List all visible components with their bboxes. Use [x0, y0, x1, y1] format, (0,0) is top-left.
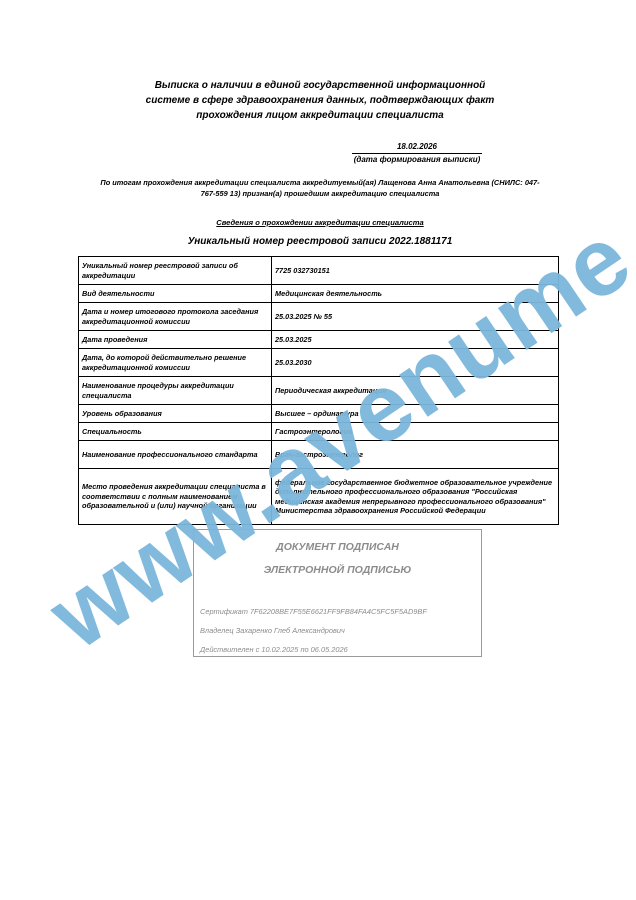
row-label: Наименование профессионального стандарта	[79, 441, 272, 469]
row-label: Уникальный номер реестровой записи об ак…	[79, 257, 272, 285]
accreditation-table: Уникальный номер реестровой записи об ак…	[78, 256, 559, 525]
stamp-title-line: ЭЛЕКТРОННОЙ ПОДПИСЬЮ	[194, 559, 481, 582]
row-label: Вид деятельности	[79, 285, 272, 303]
row-value: Гастроэнтерология	[272, 423, 559, 441]
row-value: 25.03.2025	[272, 331, 559, 349]
table-row: Вид деятельности Медицинская деятельност…	[79, 285, 559, 303]
table-row: Наименование процедуры аккредитации спец…	[79, 377, 559, 405]
row-value: 7725 032730151	[272, 257, 559, 285]
row-value: Высшее – ординатура	[272, 405, 559, 423]
row-label: Дата и номер итогового протокола заседан…	[79, 303, 272, 331]
intro-line: По итогам прохождения аккредитации специ…	[74, 177, 566, 188]
row-value: федеральное государственное бюджетное об…	[272, 469, 559, 525]
row-label: Наименование процедуры аккредитации спец…	[79, 377, 272, 405]
certificate-validity: Действителен с 10.02.2025 по 06.05.2026	[200, 640, 427, 659]
table-row: Место проведения аккредитации специалист…	[79, 469, 559, 525]
table-row: Дата, до которой действительно решение а…	[79, 349, 559, 377]
table-row: Уникальный номер реестровой записи об ак…	[79, 257, 559, 285]
document-title: Выписка о наличии в единой государственн…	[120, 78, 520, 123]
row-label: Дата проведения	[79, 331, 272, 349]
section-heading: Сведения о прохождении аккредитации спец…	[170, 218, 470, 227]
certificate-number: Сертификат 7F62208BE7F55E6621FF9FB84FA4C…	[200, 602, 427, 621]
table-row: Дата проведения 25.03.2025	[79, 331, 559, 349]
row-label: Место проведения аккредитации специалист…	[79, 469, 272, 525]
issue-date-caption: (дата формирования выписки)	[352, 154, 482, 165]
row-value: 25.03.2025 № 55	[272, 303, 559, 331]
issue-date-block: 18.02.2026 (дата формирования выписки)	[352, 142, 482, 165]
intro-line: 767-559 13) признан(а) прошедшим аккреди…	[74, 188, 566, 199]
table-row: Уровень образования Высшее – ординатура	[79, 405, 559, 423]
document-page: Выписка о наличии в единой государственн…	[0, 0, 636, 900]
row-label: Специальность	[79, 423, 272, 441]
issue-date: 18.02.2026	[352, 142, 482, 154]
stamp-title-line: ДОКУМЕНТ ПОДПИСАН	[194, 536, 481, 559]
table-row: Специальность Гастроэнтерология	[79, 423, 559, 441]
table-row: Дата и номер итогового протокола заседан…	[79, 303, 559, 331]
stamp-details: Сертификат 7F62208BE7F55E6621FF9FB84FA4C…	[200, 602, 427, 659]
row-label: Уровень образования	[79, 405, 272, 423]
row-value: Медицинская деятельность	[272, 285, 559, 303]
title-line: прохождения лицом аккредитации специалис…	[120, 108, 520, 123]
row-value: Врач-гастроэнтеролог	[272, 441, 559, 469]
stamp-title: ДОКУМЕНТ ПОДПИСАН ЭЛЕКТРОННОЙ ПОДПИСЬЮ	[194, 536, 481, 582]
certificate-owner: Владелец Захаренко Глеб Александрович	[200, 621, 427, 640]
electronic-signature-stamp: ДОКУМЕНТ ПОДПИСАН ЭЛЕКТРОННОЙ ПОДПИСЬЮ С…	[193, 529, 482, 657]
row-value: 25.03.2030	[272, 349, 559, 377]
table-row: Наименование профессионального стандарта…	[79, 441, 559, 469]
title-line: системе в сфере здравоохранения данных, …	[120, 93, 520, 108]
title-line: Выписка о наличии в единой государственн…	[120, 78, 520, 93]
row-value: Периодическая аккредитация	[272, 377, 559, 405]
registry-number: Уникальный номер реестровой записи 2022.…	[140, 236, 500, 247]
intro-statement: По итогам прохождения аккредитации специ…	[74, 177, 566, 199]
row-label: Дата, до которой действительно решение а…	[79, 349, 272, 377]
